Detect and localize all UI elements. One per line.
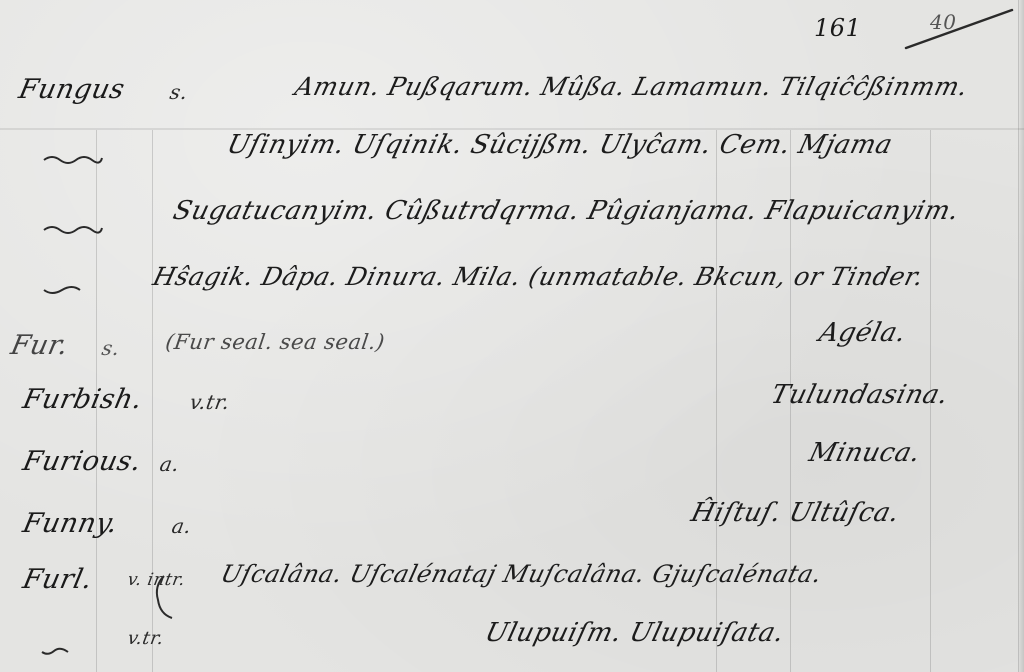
translation-funny: Ĥiſtuſ. Ultûſca.	[688, 498, 903, 528]
crossed-number-text: 40	[930, 10, 956, 34]
translation-line: Hŝagik. Dâpa. Dinura. Mila. (unmatable. …	[150, 262, 927, 291]
headword-furl: Furl.	[20, 564, 95, 595]
ditto-mark	[42, 222, 104, 236]
manuscript-page: 161 40 Fungus s. Amun. Pußqarum. Mûßa. L…	[0, 0, 1024, 672]
pos-furious: a.	[158, 452, 182, 476]
translation-line: Uſinyim. Uſqinik. Sûcijßm. Ulyĉam. Cem. …	[224, 130, 896, 160]
headword-funny: Funny.	[20, 508, 121, 539]
headword-fungus: Fungus	[16, 74, 128, 105]
brace-mark	[150, 574, 174, 628]
strikethrough-icon	[900, 4, 1020, 54]
translation-furbish: Tulundasina.	[768, 380, 952, 410]
translation-furl-transitive: Ulupuiſm. Ulupuiſata.	[482, 618, 787, 648]
ditto-mark	[42, 152, 104, 166]
page-edge-shadow	[1018, 0, 1024, 672]
ditto-mark	[42, 284, 82, 298]
headword-fur: Fur.	[8, 330, 71, 361]
translation-furious: Minuca.	[806, 438, 924, 468]
pos-furl-transitive: v.tr.	[126, 628, 166, 649]
pos-fur: s.	[100, 336, 122, 360]
translation-furl: Uſcalâna. Uſcalénataj Muſcalâna. Gjuſcal…	[218, 560, 825, 588]
page-number: 161	[814, 14, 861, 42]
translation-fur: Agéla.	[816, 318, 909, 348]
crossed-out-number: 40	[900, 4, 1020, 58]
fur-note: (Fur seal. sea seal.)	[164, 330, 386, 354]
pos-furbish: v.tr.	[188, 390, 232, 414]
translation-line: Sugatucanyim. Cûßutrdqrma. Pûgianjama. F…	[170, 196, 962, 226]
headword-furbish: Furbish.	[20, 384, 145, 415]
pos-fungus: s.	[168, 80, 190, 104]
translation-line: Amun. Pußqarum. Mûßa. Lamamun. Tilqiĉĉßi…	[292, 72, 971, 101]
pos-funny: a.	[170, 514, 194, 538]
headword-furious: Furious.	[20, 446, 144, 477]
ditto-mark	[40, 646, 70, 660]
